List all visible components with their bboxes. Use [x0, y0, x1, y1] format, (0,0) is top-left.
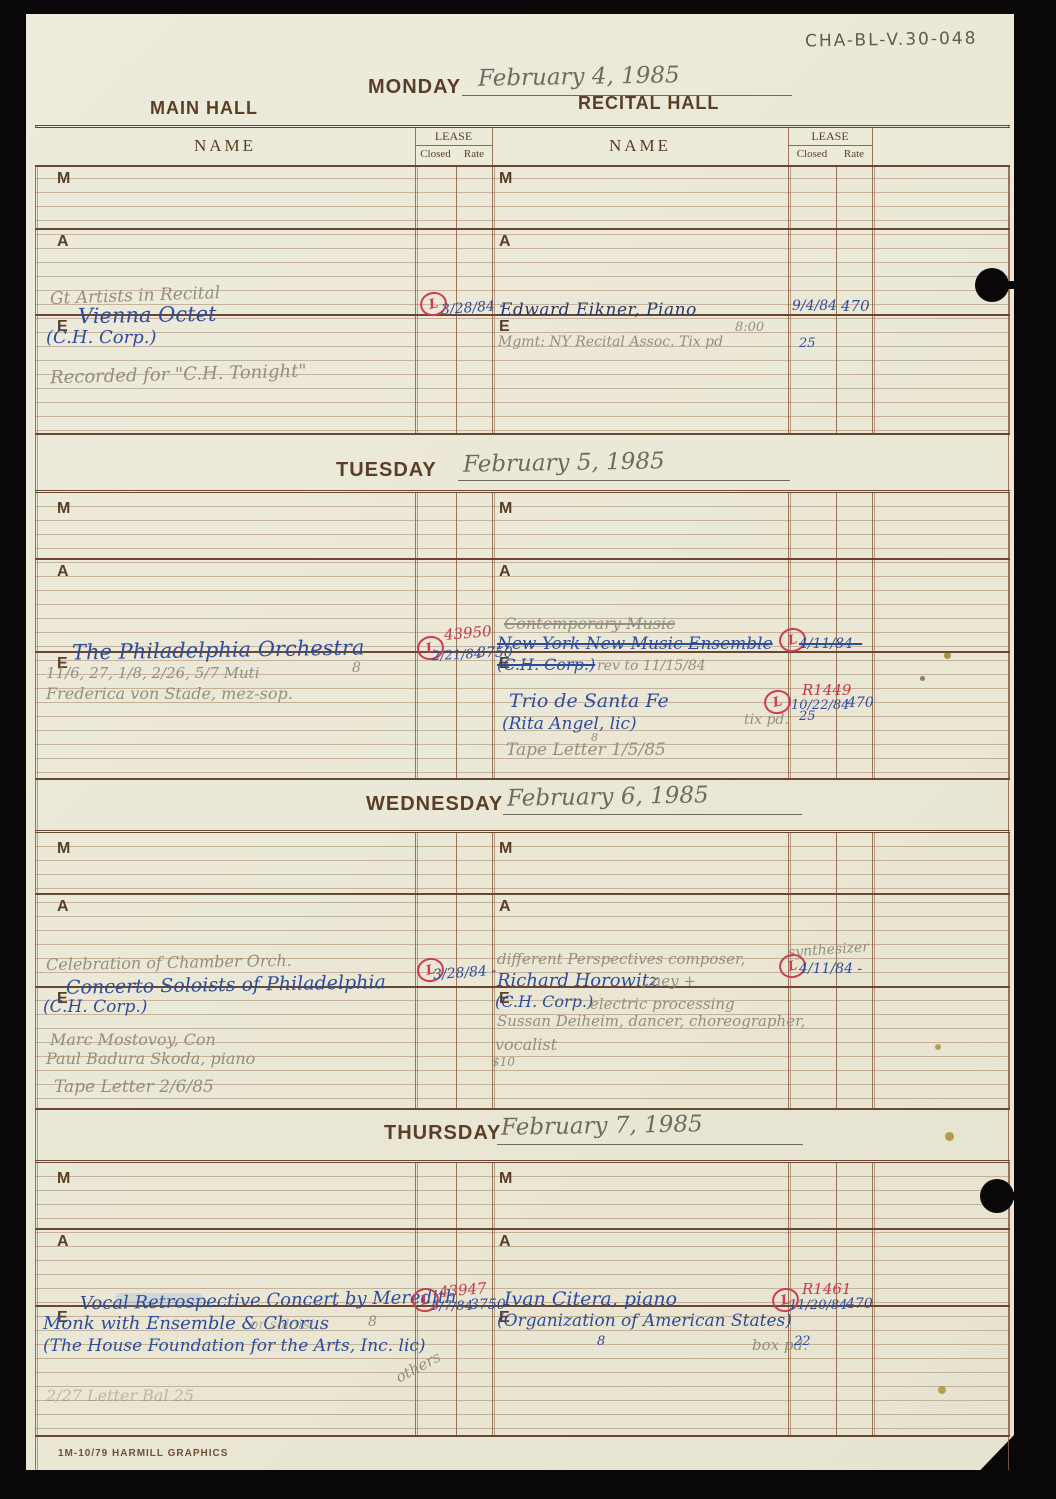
hrule: [35, 228, 1010, 230]
monday-recital-closed-2: 25: [799, 336, 816, 351]
tuesday-recital-struck-entry: New York New Music Ensemble: [497, 634, 773, 654]
day-title-tuesday: TUESDAY: [336, 459, 437, 482]
thursday-recital-entry: Ivan Citera, piano: [504, 1288, 677, 1310]
lease-divider-left: [415, 145, 492, 146]
hole-punch-slot: [1002, 281, 1034, 289]
hrule: [35, 893, 1010, 895]
wednesday-recital-entry: Richard Horowitz: [497, 970, 658, 991]
vrule: [415, 165, 416, 433]
tuesday-main-closed-date: 2/21/84: [432, 647, 483, 665]
vrule: [1009, 833, 1010, 1108]
vrule: [788, 165, 789, 433]
row-label-m: M: [57, 500, 70, 518]
hrule: [35, 558, 1010, 560]
col-header-rate-right: Rate: [836, 148, 872, 160]
tuesday-main-entry: The Philadelphia Orchestra: [72, 635, 365, 664]
catalog-number: CHA-BL-V.30-048: [805, 28, 978, 51]
tuesday-recital-tape-note: Tape Letter 1/5/85: [506, 740, 666, 760]
wednesday-recital-price-note: $10: [492, 1055, 515, 1069]
monday-main-org: (C.H. Corp.): [46, 327, 157, 348]
row-label-m: M: [57, 170, 70, 188]
date-underline-wednesday: [503, 814, 802, 815]
row-label-m: M: [57, 840, 70, 858]
tuesday-recital-tape-sup: 8: [591, 731, 598, 744]
monday-main-entry: Vienna Octet: [78, 302, 217, 328]
wednesday-recital-dancer-note: Sussan Deiheim, dancer, choreographer,: [497, 1012, 805, 1030]
date-underline-thursday: [497, 1144, 803, 1145]
vrule: [1009, 165, 1010, 433]
row-label-a: A: [499, 898, 511, 916]
thursday-main-letter-note: 2/27 Letter Bal 25: [46, 1386, 194, 1405]
row-label-m: M: [57, 1170, 70, 1188]
vrule: [415, 128, 416, 165]
monday-table: NAME LEASE Closed Rate NAME LEASE Closed…: [35, 125, 1010, 435]
col-header-closed-left: Closed: [415, 148, 456, 160]
wednesday-recital-vocalist-note: vocalist: [495, 1035, 557, 1054]
stain: [945, 1132, 954, 1141]
stain: [938, 1386, 946, 1394]
thursday-recital-rate: 470: [846, 1296, 873, 1312]
wednesday-recital-org-pencil: electric processing: [590, 995, 735, 1013]
thursday-main-org: (The House Foundation for the Arts, Inc.…: [43, 1336, 426, 1356]
row-label-m: M: [499, 1170, 512, 1188]
col-header-lease-left: LEASE: [415, 129, 492, 144]
tuesday-recital-paid-note: tix pd.: [744, 712, 789, 728]
monday-recital-entry: Edward Eikner, Piano: [500, 300, 697, 320]
vrule: [415, 833, 416, 1108]
stain: [935, 1044, 941, 1050]
printer-imprint: 1M-10/79 HARMILL GRAPHICS: [58, 1448, 228, 1459]
day-title-thursday: THURSDAY: [384, 1122, 501, 1145]
vrule: [1009, 493, 1010, 778]
thursday-recital-contract-no: R1461: [802, 1280, 851, 1298]
tuesday-recital-rev-note: rev to 11/15/84: [597, 658, 706, 674]
tuesday-recital-paid-amt: 25: [799, 709, 816, 724]
thursday-main-closed-date: 5/7/84: [431, 1299, 473, 1314]
tuesday-recital-rate: 470: [847, 695, 874, 711]
date-underline-tuesday: [458, 480, 790, 481]
day-date-thursday: February 7, 1985: [501, 1111, 703, 1141]
monday-recital-closed-date: 9/4/84: [792, 298, 837, 314]
hole-punch-slot: [1008, 1192, 1036, 1200]
monday-header-row: NAME LEASE Closed Rate NAME LEASE Closed…: [35, 128, 1010, 167]
tuesday-recital-entry2: Trio de Santa Fe: [509, 690, 669, 712]
thursday-main-soloist-pencil: or soloist: [250, 1317, 315, 1333]
thursday-recital-closed-date: 11/20/84: [789, 1298, 847, 1313]
col-header-rate-left: Rate: [456, 148, 492, 160]
tuesday-recital-struck-series: Contemporary Music: [504, 614, 675, 633]
thursday-recital-org: (Organization of American States): [497, 1311, 792, 1331]
thursday-recital-time: 8: [597, 1334, 605, 1349]
tuesday-main-time-note: 8: [352, 660, 361, 676]
col-header-closed-right: Closed: [788, 148, 836, 160]
date-underline-monday: [462, 95, 792, 96]
wednesday-main-tape-note: Tape Letter 2/6/85: [54, 1077, 214, 1097]
vrule: [456, 165, 457, 433]
stain: [944, 652, 951, 659]
wednesday-recital-org: (C.H. Corp.): [495, 992, 593, 1011]
thursday-recital-paid-amt: 22: [794, 1334, 811, 1349]
vrule: [492, 128, 493, 165]
day-date-wednesday: February 6, 1985: [507, 782, 709, 812]
vrule: [872, 493, 873, 778]
vrule: [788, 128, 789, 165]
day-title-wednesday: WEDNESDAY: [366, 793, 503, 816]
monday-recital-rate: 470: [841, 297, 870, 315]
col-header-name-right: NAME: [492, 136, 788, 156]
day-title-monday: MONDAY: [368, 76, 461, 99]
lease-divider-right: [788, 145, 872, 146]
row-label-a: A: [57, 1233, 69, 1251]
tuesday-recital-struck-closed: 4/11/84 -: [799, 636, 862, 652]
col-header-name-left: NAME: [35, 136, 415, 156]
col-header-lease-right: LEASE: [788, 129, 872, 144]
tuesday-recital-struck-org: (C.H. Corp.): [497, 655, 595, 674]
day-date-monday: February 4, 1985: [478, 62, 680, 92]
vrule: [872, 128, 873, 165]
monday-recital-time: 8:00: [735, 320, 764, 335]
day-date-tuesday: February 5, 1985: [463, 448, 665, 478]
row-label-a: A: [57, 563, 69, 581]
scanned-ledger-page: CHA-BL-V.30-048 MONDAY February 4, 1985 …: [0, 0, 1056, 1499]
vrule: [872, 833, 873, 1108]
wednesday-recital-entry-pencil: , ney +: [642, 972, 696, 990]
row-label-m: M: [499, 840, 512, 858]
row-label-a: A: [57, 233, 69, 251]
row-label-a: A: [57, 898, 69, 916]
hrule: [35, 1228, 1010, 1230]
vrule: [872, 165, 873, 433]
stain: [920, 676, 925, 681]
hall-label-recital: RECITAL HALL: [578, 93, 719, 114]
vrule: [415, 493, 416, 778]
wednesday-main-org: (C.H. Corp.): [43, 997, 147, 1017]
row-label-m: M: [499, 170, 512, 188]
wednesday-recital-closed-date: 4/11/84 -: [799, 961, 862, 977]
hall-label-main: MAIN HALL: [150, 98, 258, 119]
row-label-a: A: [499, 1233, 511, 1251]
wednesday-recital-series-note: different Perspectives composer,: [497, 950, 745, 968]
monday-recital-mgmt-note: Mgmt: NY Recital Assoc. Tix pd: [498, 334, 723, 350]
tuesday-recital-contract-no: R1449: [802, 681, 851, 699]
row-label-m: M: [499, 500, 512, 518]
row-label-a: A: [499, 233, 511, 251]
thursday-main-time-pencil: 8: [368, 1314, 377, 1330]
row-label-a: A: [499, 563, 511, 581]
tuesday-recital-entry2-org: (Rita Angel, lic): [502, 714, 637, 734]
tuesday-main-soloist-note: Frederica von Stade, mez-sop.: [46, 684, 293, 703]
wednesday-main-conductor-note: Marc Mostovoy, Con: [50, 1030, 216, 1049]
wednesday-main-soloist-note: Paul Badura Skoda, piano: [46, 1049, 255, 1068]
tuesday-main-dates-note: 11/6, 27, 1/8, 2/26, 5/7 Muti: [46, 664, 260, 682]
